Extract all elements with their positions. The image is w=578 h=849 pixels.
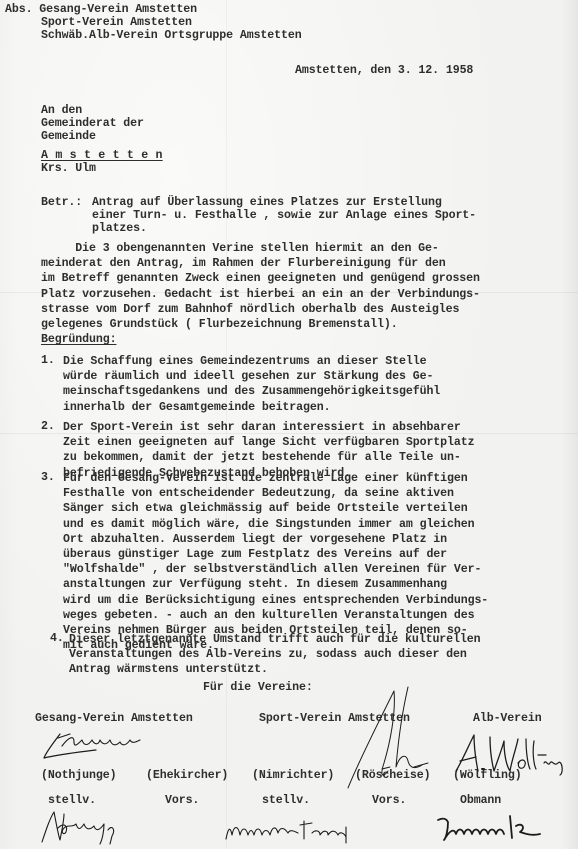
subject-line: einer Turn- u. Festhalle , sowie zur Anl… bbox=[92, 209, 476, 222]
reason-line: Sänger sich etwa gleichmässig auf beide … bbox=[63, 501, 488, 516]
paragraph-line: Platz vorzusehen. Gedacht ist hierbei an… bbox=[41, 287, 480, 302]
reason-line: Für den Gesang-Verein ist die zentrale L… bbox=[63, 471, 488, 486]
handwritten-signature-icon bbox=[452, 733, 572, 777]
signatory-role: stellv. bbox=[48, 794, 96, 807]
handwritten-signature-icon bbox=[40, 728, 150, 764]
sender-line: Gesang-Verein Amstetten bbox=[39, 3, 197, 16]
signatory-role: Obmann bbox=[460, 794, 501, 807]
sender-block: Abs. Gesang-Verein Amstetten Sport-Verei… bbox=[5, 3, 302, 42]
reason-line: Veranstaltungen des Alb-Vereins zu, soda… bbox=[69, 647, 480, 662]
reason-line: Antrag wärmstens unterstützt. bbox=[69, 662, 480, 677]
reason-3: Für den Gesang-Verein ist die zentrale L… bbox=[63, 471, 488, 653]
subject-line: platzes. bbox=[92, 222, 476, 235]
recipient-town: A m s t e t t e n bbox=[41, 149, 163, 162]
recipient-district: Krs. Ulm bbox=[41, 162, 96, 175]
signatory-name: (Nothjunge) bbox=[41, 769, 116, 782]
sender-line: Sport-Verein Amstetten bbox=[5, 16, 302, 29]
reason-line: würde räumlich und ideell gesehen zur St… bbox=[63, 369, 440, 384]
recipient-line: An den bbox=[41, 104, 144, 117]
paragraph-line: meinderat den Antrag, im Rahmen der Flur… bbox=[41, 256, 480, 271]
reason-line: wird um die Berücksichtigung eines entsp… bbox=[63, 593, 488, 608]
reason-line: Zeit einen geeigneten auf lange Sicht ve… bbox=[63, 435, 474, 450]
club-name: Gesang-Verein Amstetten bbox=[35, 712, 193, 725]
reason-1: Die Schaffung eines Gemeindezentrums an … bbox=[63, 354, 440, 415]
reason-line: Der Sport-Verein ist sehr daran interess… bbox=[63, 420, 474, 435]
reason-4: Dieser letztgenannte Umstand trifft auch… bbox=[69, 632, 480, 678]
reason-number: 2. bbox=[41, 420, 55, 433]
handwritten-signature-icon bbox=[220, 815, 360, 845]
subject-line: Antrag auf Überlassung eines Platzes zur… bbox=[92, 196, 476, 209]
handwritten-signature-icon bbox=[38, 808, 138, 846]
subject-label: Betr.: bbox=[41, 196, 82, 209]
sender-prefix: Abs. Gesang-Verein Amstetten bbox=[5, 3, 302, 16]
signatory-role: stellv. bbox=[262, 794, 310, 807]
handwritten-signature-icon bbox=[298, 683, 448, 793]
club-name: Alb-Verein bbox=[473, 712, 542, 725]
reason-line: weges gebeten. - auch an den kulturellen… bbox=[63, 608, 488, 623]
reason-line: Ort abzuhalten. Ausserdem liegt der vorg… bbox=[63, 532, 488, 547]
reason-line: Dieser letztgenannte Umstand trifft auch… bbox=[69, 632, 480, 647]
reason-number: 1. bbox=[41, 354, 55, 367]
subject-text: Antrag auf Überlassung eines Platzes zur… bbox=[92, 196, 476, 235]
paragraph-line: strasse vom Dorf zum Bahnhof nördlich ob… bbox=[41, 302, 480, 317]
reasons-heading: Begründung: bbox=[41, 333, 116, 346]
reason-line: überaus günstiger Lage zum Festplatz des… bbox=[63, 547, 488, 562]
reason-number: 3. bbox=[41, 471, 55, 484]
recipient-block: An den Gemeinderat der Gemeinde bbox=[41, 104, 144, 143]
signatory-role: Vors. bbox=[165, 794, 199, 807]
paragraph-line: gelegenes Grundstück ( Flurbezeichnung B… bbox=[41, 317, 480, 332]
reason-line: meinschaftsgedankens und des Zusammengeh… bbox=[63, 384, 440, 399]
paragraph-line: Die 3 obengenannten Verine stellen hierm… bbox=[41, 241, 480, 256]
letter-page: Abs. Gesang-Verein Amstetten Sport-Verei… bbox=[0, 0, 578, 849]
reason-line: "Wolfshalde" , der selbstverständlich al… bbox=[63, 562, 488, 577]
paragraph-line: im Betreff genannten Zweck einen geeigne… bbox=[41, 271, 480, 286]
reason-line: Festhalle von entscheidender Bedeutzung,… bbox=[63, 486, 488, 501]
reason-line: und es damit möglich wäre, die Singstund… bbox=[63, 517, 488, 532]
sender-line: Schwäb.Alb-Verein Ortsgruppe Amstetten bbox=[5, 29, 302, 42]
reason-line: zu bekommen, damit der jetzt bestehende … bbox=[63, 450, 474, 465]
reason-line: Die Schaffung eines Gemeindezentrums an … bbox=[63, 354, 440, 369]
reason-number: 4. bbox=[50, 632, 64, 645]
letter-date: Amstetten, den 3. 12. 1958 bbox=[295, 64, 473, 77]
reason-line: anstaltungen zur Verfügung steht. In die… bbox=[63, 577, 488, 592]
signatory-name: (Ehekircher) bbox=[146, 769, 228, 782]
reason-line: innerhalb der Gesamtgemeinde beitragen. bbox=[63, 400, 440, 415]
recipient-line: Gemeinderat der bbox=[41, 117, 144, 130]
intro-paragraph: Die 3 obengenannten Verine stellen hierm… bbox=[41, 241, 480, 332]
signatory-role: Vors. bbox=[372, 794, 406, 807]
recipient-line: Gemeinde bbox=[41, 130, 144, 143]
closing-line: Für die Vereine: bbox=[203, 681, 313, 694]
handwritten-signature-icon bbox=[432, 812, 547, 844]
